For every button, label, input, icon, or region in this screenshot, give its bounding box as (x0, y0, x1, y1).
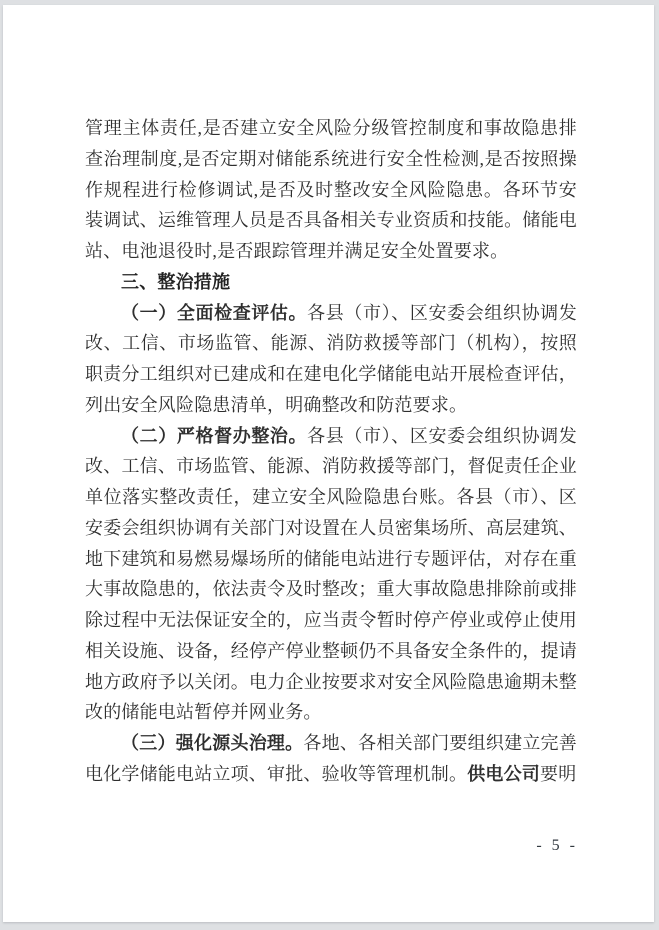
page-number: - 5 - (536, 837, 578, 855)
paragraph-item-2: （二）严格督办整治。各县（市）、区安委会组织协调发改、工信、市场监管、能源、消防… (85, 421, 577, 729)
paragraph-item-3: （三）强化源头治理。各地、各相关部门要组织建立完善电化学储能电站立项、审批、验收… (85, 728, 577, 790)
section-heading: 三、整治措施 (85, 267, 577, 298)
run-in-heading-2: （二）严格督办整治。 (121, 426, 307, 446)
paragraph-item-1: （一）全面检查评估。各县（市）、区安委会组织协调发改、工信、市场监管、能源、消防… (85, 298, 577, 421)
paragraph-item-2-text: 各县（市）、区安委会组织协调发改、工信、市场监管、能源、消防救援等部门，督促责任… (85, 426, 577, 723)
document-page: 管理主体责任,是否建立安全风险分级管控制度和事故隐患排查治理制度,是否定期对储能… (3, 5, 654, 922)
bold-term-supply-company: 供电公司 (467, 764, 540, 784)
paragraph-continuation: 管理主体责任,是否建立安全风险分级管控制度和事故隐患排查治理制度,是否定期对储能… (85, 113, 577, 267)
run-in-heading-1: （一）全面检查评估。 (121, 303, 307, 323)
paragraph-item-3-text-after: 要明 (540, 764, 576, 784)
run-in-heading-3: （三）强化源头治理。 (121, 733, 303, 753)
document-text-block: 管理主体责任,是否建立安全风险分级管控制度和事故隐患排查治理制度,是否定期对储能… (85, 113, 577, 790)
